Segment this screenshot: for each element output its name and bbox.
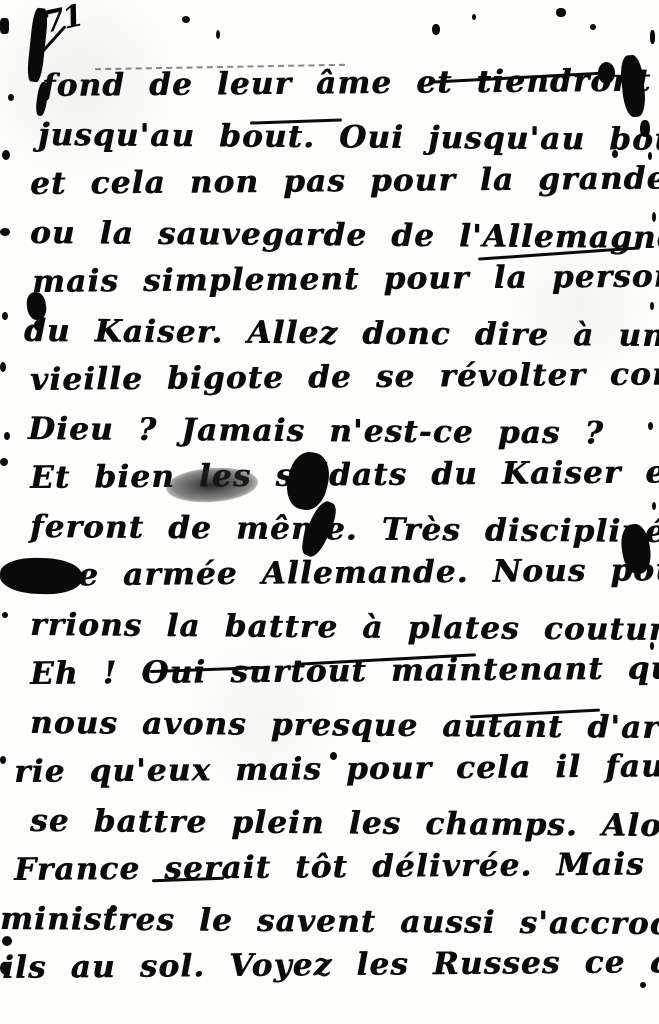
ink-speck <box>652 502 656 510</box>
manuscript-line: et cela non pas pour la grandeur <box>30 155 657 209</box>
ink-speck <box>182 16 190 23</box>
manuscript-line: rie qu'eux mais pour cela il faudrait <box>14 742 657 797</box>
ink-speck <box>590 24 596 30</box>
ink-speck <box>612 150 618 158</box>
ink-speck <box>652 212 656 222</box>
manuscript-line: France serait tôt délivrée. Mais les <box>14 840 657 895</box>
ink-speck <box>650 302 654 310</box>
ink-speck <box>216 30 220 39</box>
ink-speck <box>650 642 654 650</box>
ink-speck <box>648 422 653 430</box>
scanned-manuscript-page: 71 fond de leur âme et tiendrontjusqu'au… <box>0 0 659 1024</box>
ink-speck <box>640 982 646 988</box>
ink-speck <box>0 962 8 974</box>
manuscript-line: Eh ! Oui surtout maintenant que <box>30 645 657 699</box>
manuscript-text: fond de leur âme et tiendrontjusqu'au bo… <box>30 62 657 993</box>
manuscript-line: vieille bigote de se révolter contre <box>30 351 657 405</box>
ink-speck <box>2 312 8 320</box>
manuscript-line: cette armée Allemande. Nous pou <box>6 546 657 601</box>
ink-speck <box>432 24 440 35</box>
ink-speck <box>2 150 10 160</box>
manuscript-line: fond de leur âme et tiendront <box>42 57 657 111</box>
manuscript-line: Et bien les soldats du Kaiser en <box>30 449 657 503</box>
ink-speck <box>472 14 476 20</box>
ink-speck <box>4 432 10 440</box>
manuscript-line: ils au sol. Voyez les Russes ce qu'il <box>2 938 657 993</box>
ink-speck <box>0 362 6 372</box>
ink-speck <box>110 905 117 912</box>
ink-speck <box>34 320 42 331</box>
ink-speck <box>0 458 8 466</box>
ink-blot <box>640 120 650 137</box>
ink-speck <box>0 756 6 764</box>
ink-speck <box>2 612 8 618</box>
ink-speck <box>2 936 12 946</box>
ink-speck <box>8 94 14 101</box>
ink-speck <box>650 30 655 44</box>
ink-speck <box>0 18 9 34</box>
ink-speck <box>330 752 337 760</box>
ink-speck <box>648 152 652 160</box>
page-number: 71 <box>41 0 85 41</box>
ink-speck <box>0 228 10 236</box>
ink-speck <box>556 8 566 17</box>
manuscript-line: mais simplement pour la personne <box>32 253 657 307</box>
